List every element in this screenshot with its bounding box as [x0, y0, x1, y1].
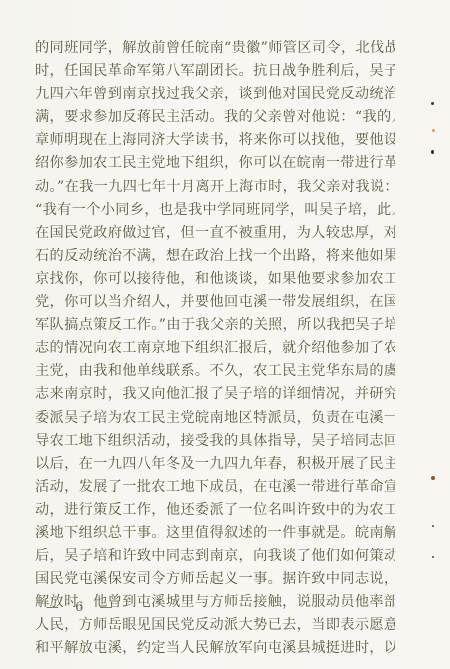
text-line: “我有一个小同乡，也是我中学同班同学，叫吴子培，此人虽 — [35, 199, 395, 222]
text-line: 时，任国民革命军第八军副团长。抗日战争胜利后，吴子培一 — [35, 60, 395, 83]
scan-speck — [432, 525, 434, 527]
text-line: 溪地下组织总干事。这里值得叙述的一件事就是。皖南解放 — [35, 522, 395, 545]
text-line: 主党，由我和他单线联系。不久，农工民主党华东局的虞键同 — [35, 360, 395, 383]
text-line: 和平解放屯溪，约定当人民解放军向屯溪县城挺进时，以插旗 — [35, 637, 395, 660]
body-text: 的同班同学，解放前曾任皖南“贵徽”师管区司令，北伐战争 时，任国民革命军第八军副… — [35, 37, 395, 661]
text-line: 的同班同学，解放前曾任皖南“贵徽”师管区司令，北伐战争 — [35, 37, 395, 60]
text-line: 志来南京时，我又向他汇报了吴子培的详细情况，并研究确定 — [35, 383, 395, 406]
text-line: 志的情况向农工南京地下组织汇报后，就介绍他参加了农工民 — [35, 337, 395, 360]
scan-speck — [432, 556, 434, 558]
scan-speck — [431, 102, 434, 105]
text-line: 委派吴子培为农工民主党皖南地区特派员，负责在屯溪一带领 — [35, 407, 395, 430]
text-line: 人民，方师岳眼见国民党反动派大势已去，当即表示愿意起义， — [35, 614, 395, 637]
text-line: 九四六年曾到南京找过我父亲，谈到他对国民党反动统治的不 — [35, 83, 395, 106]
text-line: 导农工地下组织活动，接受我的具体指导，吴子培同志回屯溪 — [35, 430, 395, 453]
text-line: 绍你参加农工民主党地下组织，你可以在皖南一带进行革命活 — [35, 152, 395, 175]
scan-speck — [431, 150, 434, 154]
text-line: 国民党屯溪保安司令方师岳起义一事。据许致中同志说，屯溪 — [35, 568, 395, 591]
text-line: 章师明现在上海同济大学读书，将来你可以找他，要他设法介 — [35, 129, 395, 152]
text-line: 活动，发展了一批农工地下成员，在屯溪一带进行革命宣传活 — [35, 476, 395, 499]
scan-speck — [432, 129, 435, 132]
page-number: — 6 — — [46, 600, 119, 615]
scanned-page: 的同班同学，解放前曾任皖南“贵徽”师管区司令，北伐战争 时，任国民革命军第八军副… — [0, 0, 450, 669]
text-line: 党，你可以当介绍人，并要他回屯溪一带发展组织，在国民党 — [35, 291, 395, 314]
scan-speck — [431, 476, 435, 480]
text-line: 京找你，你可以接待他，和他谈谈，如果他要求参加农工民主 — [35, 268, 395, 291]
text-line: 后，吴子培和许致中同志到南京，向我谈了他们如何策动当时 — [35, 545, 395, 568]
text-line: 军队搞点策反工作。”由于我父亲的关照，所以我把吴子培同 — [35, 314, 395, 337]
text-line: 在国民党政府做过官，但一直不被重用，为人较忠厚，对蒋介 — [35, 222, 395, 245]
text-line: 动，进行策反工作，他还委派了一位名叫许致中的为农工党屯 — [35, 499, 395, 522]
text-line: 石的反动统治不满，想在政治上找一个出路，将来他如果去南 — [35, 245, 395, 268]
text-line: 以后，在一九四八年冬及一九四九年春，积极开展了民主革命 — [35, 453, 395, 476]
text-line: 动。”在我一九四七年十月离开上海市时，我父亲对我说： — [35, 176, 395, 199]
text-line: 满，要求参加反蒋民主活动。我的父亲曾对他说：“我的儿子 — [35, 106, 395, 129]
